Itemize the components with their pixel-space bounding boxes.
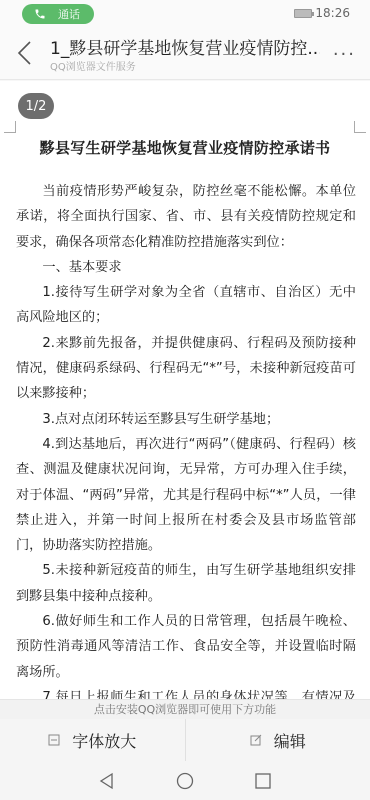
font-size-icon bbox=[48, 734, 60, 746]
system-nav-bar bbox=[0, 761, 370, 800]
status-indicators: 18:26 bbox=[294, 6, 350, 20]
paragraph: 4.到达基地后，再次进行“两码”（健康码、行程码）核查、测温及健康状况问询，无异… bbox=[16, 432, 356, 558]
doc-body: 当前疫情形势严峻复杂，防控丝毫不能松懈。本单位承诺，将全面执行国家、省、市、县有… bbox=[16, 179, 356, 699]
paragraph: 3.点对点闭环转运至黟县写生研学基地； bbox=[16, 407, 356, 432]
section-heading: 一、基本要求 bbox=[16, 255, 356, 280]
font-enlarge-button[interactable]: 字体放大 bbox=[0, 719, 185, 761]
clock: 18:26 bbox=[315, 6, 350, 20]
edit-button[interactable]: 编辑 bbox=[185, 719, 370, 761]
nav-back-icon[interactable] bbox=[97, 771, 117, 791]
crop-mark-left bbox=[4, 121, 16, 133]
title-bar: 1_黟县研学基地恢复营业疫情防控... QQ浏览器文件服务 ··· bbox=[0, 28, 370, 80]
paragraph: 1.接待写生研学对象为全省（直辖市、自治区）无中高风险地区的； bbox=[16, 280, 356, 331]
more-options-icon[interactable]: ··· bbox=[333, 50, 356, 60]
paragraph: 7.每日上报师生和工作人员的身体状况等，有情况及时上报。 bbox=[16, 685, 356, 699]
nav-home-icon[interactable] bbox=[175, 771, 195, 791]
document-viewer[interactable]: 1/2 黟县写生研学基地恢复营业疫情防控承诺书 当前疫情形势严峻复杂，防控丝毫不… bbox=[0, 81, 370, 699]
bottom-toolbar: 字体放大 编辑 bbox=[0, 719, 370, 761]
paragraph: 当前疫情形势严峻复杂，防控丝毫不能松懈。本单位承诺，将全面执行国家、省、市、县有… bbox=[16, 179, 356, 255]
phone-icon bbox=[34, 8, 46, 20]
ongoing-call-pill[interactable]: 通话 bbox=[22, 4, 94, 24]
doc-heading: 黟县写生研学基地恢复营业疫情防控承诺书 bbox=[0, 137, 370, 158]
battery-icon bbox=[294, 9, 312, 18]
paragraph: 2.来黟前先报备，并提供健康码、行程码及预防接种情况，健康码系绿码、行程码无“*… bbox=[16, 331, 356, 407]
edit-label: 编辑 bbox=[274, 729, 306, 752]
nav-recents-icon[interactable] bbox=[253, 771, 273, 791]
page-indicator: 1/2 bbox=[18, 93, 54, 119]
crop-mark-right bbox=[354, 121, 366, 133]
back-arrow-icon[interactable] bbox=[16, 40, 34, 66]
call-label: 通话 bbox=[58, 6, 80, 22]
service-subtitle: QQ浏览器文件服务 bbox=[50, 58, 136, 73]
edit-icon bbox=[250, 734, 262, 746]
font-enlarge-label: 字体放大 bbox=[72, 729, 136, 752]
paragraph: 5.未接种新冠疫苗的师生，由写生研学基地组织安排到黟县集中接种点接种。 bbox=[16, 558, 356, 609]
paragraph: 6.做好师生和工作人员的日常管理，包括晨午晚检、预防性消毒通风等清洁工作、食品安… bbox=[16, 609, 356, 685]
document-title: 1_黟县研学基地恢复营业疫情防控... bbox=[50, 34, 320, 59]
status-bar: 通话 18:26 bbox=[0, 0, 370, 28]
install-promo[interactable]: 点击安装QQ浏览器即可使用下方功能 bbox=[0, 699, 370, 719]
